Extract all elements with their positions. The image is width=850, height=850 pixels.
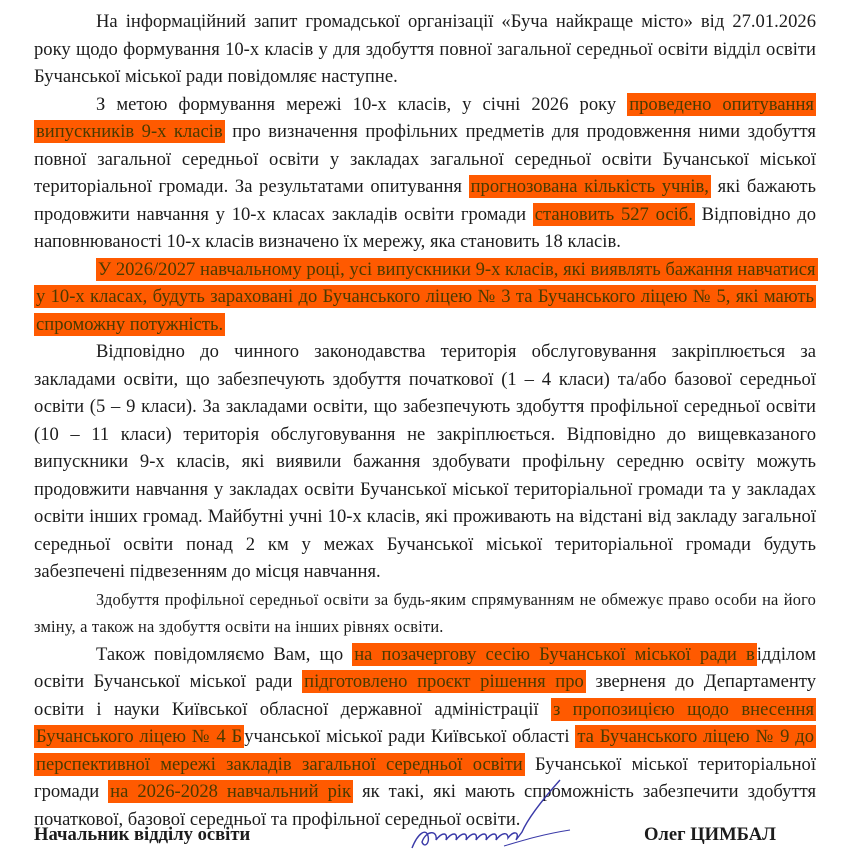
position-title: Начальник відділу освіти — [34, 824, 250, 846]
paragraph-enrollment: У 2026/2027 навчальному році, усі випуск… — [34, 256, 816, 339]
paragraph-intro: На інформаційний запит громадської орган… — [34, 8, 816, 91]
highlighted-segment: прогнозована кількість учнів, — [469, 175, 711, 198]
text-segment: Також повідомляємо Вам, що — [96, 644, 352, 665]
text-segment: З метою формування мережі 10-х класів, у… — [96, 94, 627, 115]
text-segment: Здобуття профільної середньої освіти за … — [34, 590, 816, 637]
text-segment: На інформаційний запит громадської орган… — [34, 11, 816, 87]
handwritten-signature-icon — [404, 778, 574, 850]
text-segment: учанської міської ради Київської області — [244, 726, 575, 747]
letter-body: На інформаційний запит громадської орган… — [34, 8, 816, 833]
highlighted-segment: на 2026-2028 навчальний рік — [108, 780, 353, 803]
paragraph-survey: З метою формування мережі 10-х класів, у… — [34, 91, 816, 256]
signer-name: Олег ЦИМБАЛ — [644, 824, 776, 846]
highlighted-segment: У 2026/2027 навчальному році, усі випуск… — [34, 258, 818, 336]
signature-block: Начальник відділу освіти Олег ЦИМБАЛ — [34, 818, 816, 850]
paragraph-legislation: Відповідно до чинного законодавства тери… — [34, 338, 816, 586]
highlighted-segment: становить 527 осіб. — [533, 203, 695, 226]
highlighted-segment: підготовлено проєкт рішення про — [302, 670, 586, 693]
paragraph-rights: Здобуття профільної середньої освіти за … — [34, 586, 816, 641]
highlighted-segment: на позачергову сесію Бучанської міської … — [352, 643, 757, 666]
text-segment: Відповідно до чинного законодавства тери… — [34, 341, 816, 582]
